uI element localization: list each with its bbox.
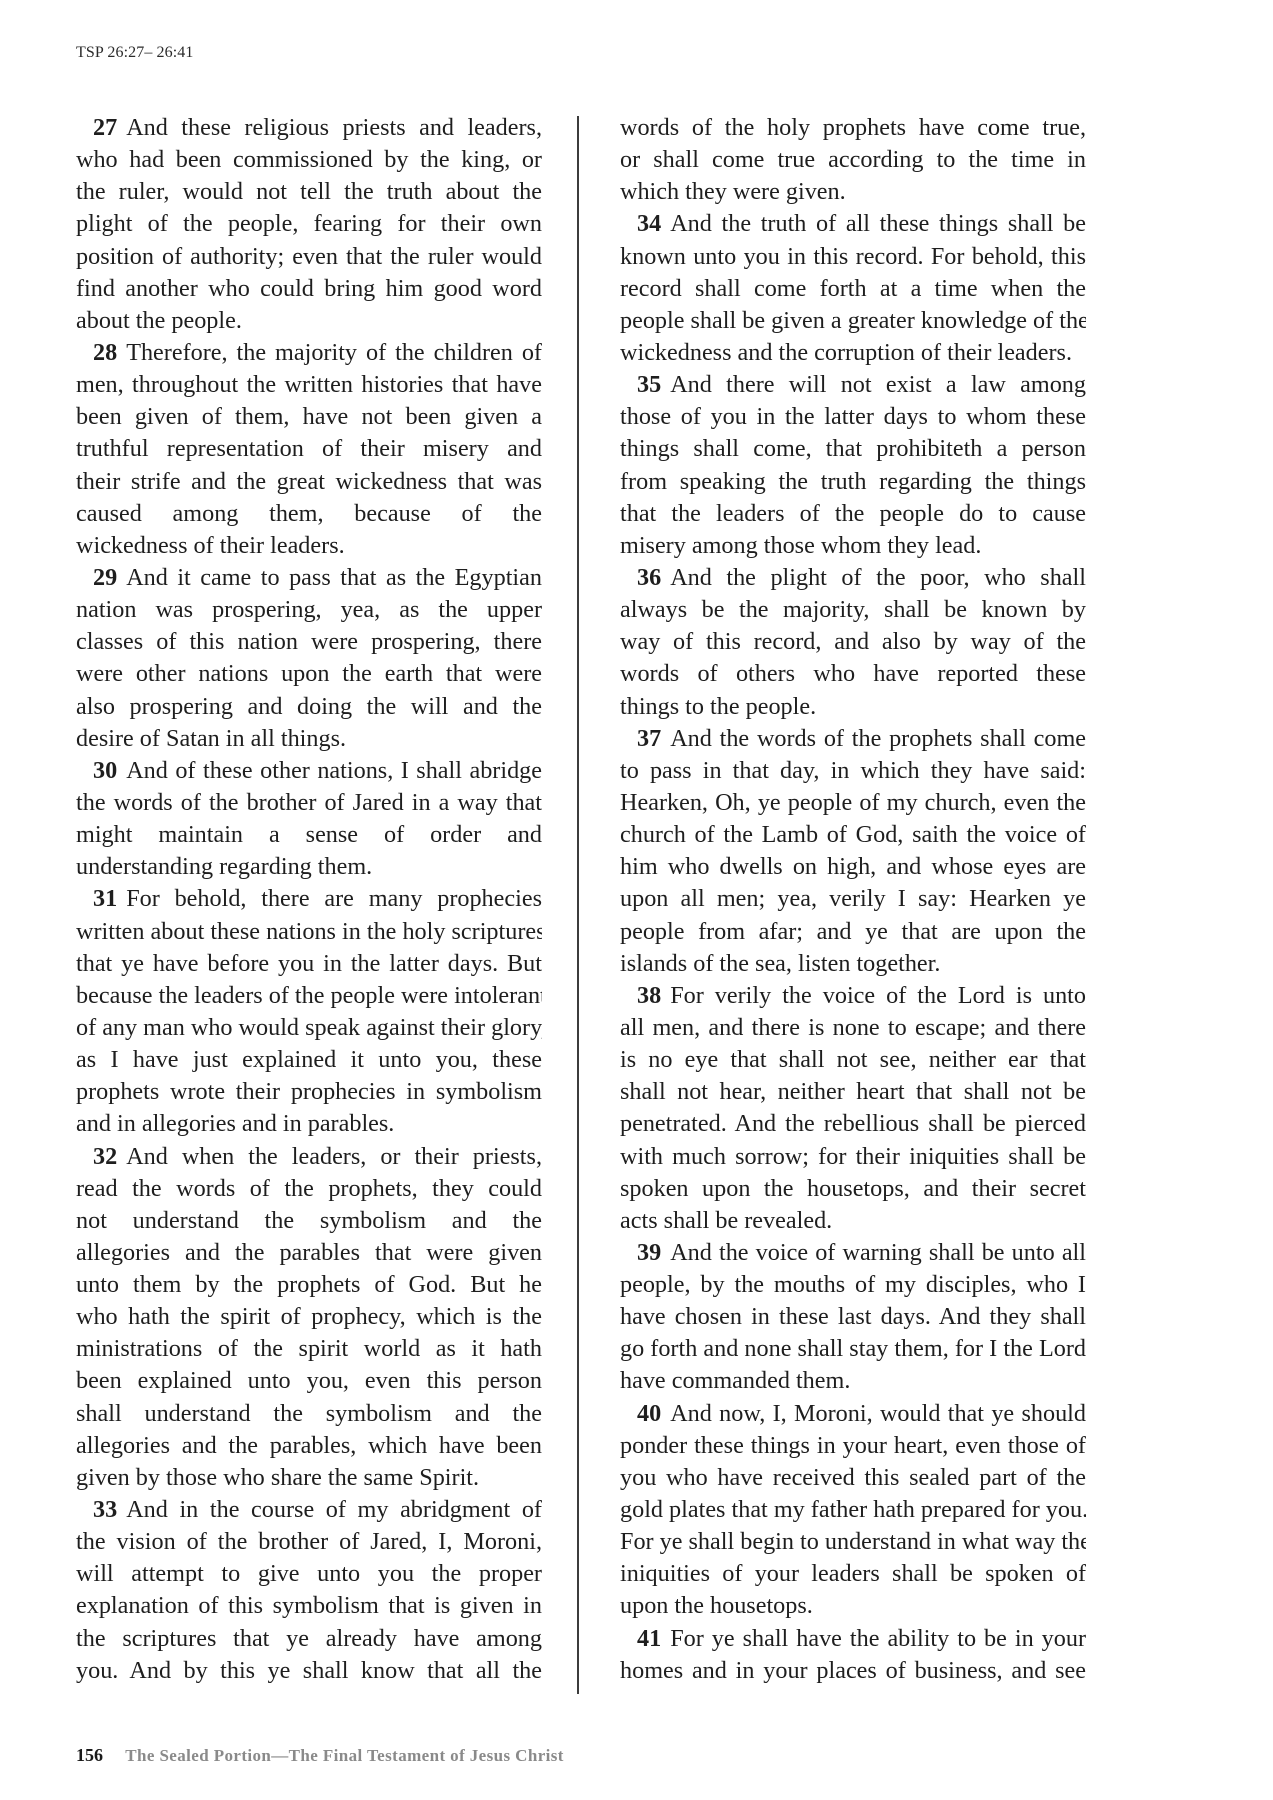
verse-number: 27 — [93, 114, 117, 141]
text-line: as I have just explained it unto you, th… — [76, 1044, 542, 1076]
text-line: that ye have before you in the latter da… — [76, 948, 542, 980]
verse-text: people, by the mouths of my disciples, w… — [620, 1271, 1086, 1298]
verse-text: is no eye that shall not see, neither ea… — [620, 1046, 1086, 1073]
text-line: misery among those whom they lead. — [620, 530, 1086, 562]
text-line: been given of them, have not been given … — [76, 401, 542, 433]
verse-text: the words of the brother of Jared in a w… — [76, 789, 542, 816]
text-line: church of the Lamb of God, saith the voi… — [620, 819, 1086, 851]
verse-text: And the voice of warning shall be unto a… — [670, 1239, 1086, 1266]
verse-text: ministrations of the spirit world as it … — [76, 1335, 542, 1362]
verse-text: And these religious priests and leaders, — [126, 114, 542, 141]
verse-text: who hath the spirit of prophecy, which i… — [76, 1303, 542, 1330]
verse-28: 28Therefore, the majority of the childre… — [76, 337, 542, 562]
verse-text: And it came to pass that as the Egyptian — [126, 564, 542, 591]
text-line: understanding regarding them. — [76, 851, 542, 883]
verse-text: given by those who share the same Spirit… — [76, 1464, 479, 1491]
verse-text: words of others who have reported these — [620, 660, 1086, 687]
verse-text: wickedness of their leaders. — [76, 532, 345, 559]
text-line: to pass in that day, in which they have … — [620, 755, 1086, 787]
verse-number: 28 — [93, 339, 117, 366]
verse-text: shall understand the symbolism and the — [76, 1400, 542, 1427]
text-line: 35And there will not exist a law among — [620, 369, 1086, 401]
verse-text: might maintain a sense of order and — [76, 821, 542, 848]
text-line: will attempt to give unto you the proper — [76, 1558, 542, 1590]
verse-text: the vision of the brother of Jared, I, M… — [76, 1528, 542, 1555]
text-line: iniquities of your leaders shall be spok… — [620, 1558, 1086, 1590]
verse-35: 35And there will not exist a law amongth… — [620, 369, 1086, 562]
text-line: position of authority; even that the rul… — [76, 241, 542, 273]
verse-text: from speaking the truth regarding the th… — [620, 468, 1086, 495]
text-line: you who have received this sealed part o… — [620, 1462, 1086, 1494]
verse-text: because the leaders of the people were i… — [76, 982, 542, 1009]
text-line: Hearken, Oh, ye people of my church, eve… — [620, 787, 1086, 819]
page-number: 156 — [76, 1745, 103, 1765]
verse-text: nation was prospering, yea, as the upper — [76, 596, 542, 623]
verse-40: 40And now, I, Moroni, would that ye shou… — [620, 1398, 1086, 1623]
verse-text: to pass in that day, in which they have … — [620, 757, 1086, 784]
verse-text: For verily the voice of the Lord is unto — [670, 982, 1086, 1009]
text-line: 32And when the leaders, or their priests… — [76, 1141, 542, 1173]
text-line: been explained unto you, even this perso… — [76, 1365, 542, 1397]
verse-number: 35 — [637, 371, 661, 398]
verse-text: allegories and the parables, which have … — [76, 1432, 542, 1459]
verse-text: the scriptures that ye already have amon… — [76, 1625, 542, 1652]
verse-39: 39And the voice of warning shall be unto… — [620, 1237, 1086, 1398]
text-line: the scriptures that ye already have amon… — [76, 1623, 542, 1655]
verse-text: record shall come forth at a time when t… — [620, 275, 1086, 302]
text-line: 28Therefore, the majority of the childre… — [76, 337, 542, 369]
text-line: who had been commissioned by the king, o… — [76, 144, 542, 176]
text-line: things shall come, that prohibiteth a pe… — [620, 433, 1086, 465]
verse-text: And the truth of all these things shall … — [670, 210, 1086, 237]
text-line: ponder these things in your heart, even … — [620, 1430, 1086, 1462]
text-line: allegories and the parables that were gi… — [76, 1237, 542, 1269]
verse-37: 37And the words of the prophets shall co… — [620, 723, 1086, 980]
verse-text: have chosen in these last days. And they… — [620, 1303, 1086, 1330]
verse-text: prophets wrote their prophecies in symbo… — [76, 1078, 542, 1105]
text-line: 31For behold, there are many prophecies — [76, 883, 542, 915]
text-line: nation was prospering, yea, as the upper — [76, 594, 542, 626]
verse-text: explanation of this symbolism that is gi… — [76, 1592, 542, 1619]
text-line: 37And the words of the prophets shall co… — [620, 723, 1086, 755]
page-footer: 156 The Sealed Portion—The Final Testame… — [76, 1745, 564, 1766]
verse-text: known unto you in this record. For behol… — [620, 243, 1086, 270]
verse-text: understanding regarding them. — [76, 853, 372, 880]
text-line: also prospering and doing the will and t… — [76, 691, 542, 723]
text-line: 41For ye shall have the ability to be in… — [620, 1623, 1086, 1655]
text-line: spoken upon the housetops, and their sec… — [620, 1173, 1086, 1205]
verse-text: who had been commissioned by the king, o… — [76, 146, 542, 173]
verse-text: things shall come, that prohibiteth a pe… — [620, 435, 1086, 462]
text-line: those of you in the latter days to whom … — [620, 401, 1086, 433]
verse-36: 36And the plight of the poor, who shalla… — [620, 562, 1086, 723]
text-line: people from afar; and ye that are upon t… — [620, 916, 1086, 948]
verse-text: plight of the people, fearing for their … — [76, 210, 542, 237]
verse-text: For ye shall have the ability to be in y… — [670, 1625, 1086, 1652]
verse-text: shall not hear, neither heart that shall… — [620, 1078, 1086, 1105]
verse-27: 27And these religious priests and leader… — [76, 112, 542, 337]
text-line: people, by the mouths of my disciples, w… — [620, 1269, 1086, 1301]
verse-text: those of you in the latter days to whom … — [620, 403, 1086, 430]
verse-text: And the words of the prophets shall come — [670, 725, 1086, 752]
text-line: read the words of the prophets, they cou… — [76, 1173, 542, 1205]
verse-number: 34 — [637, 210, 661, 237]
left-column: 27And these religious priests and leader… — [76, 112, 542, 1687]
verse-text: you who have received this sealed part o… — [620, 1464, 1086, 1491]
text-line: gold plates that my father hath prepared… — [620, 1494, 1086, 1526]
text-line: wickedness of their leaders. — [76, 530, 542, 562]
verse-text: unto them by the prophets of God. But he — [76, 1271, 542, 1298]
verse-text: also prospering and doing the will and t… — [76, 693, 542, 720]
text-line: not understand the symbolism and the — [76, 1205, 542, 1237]
verse-text: him who dwells on high, and whose eyes a… — [620, 853, 1086, 880]
running-head: TSP 26:27– 26:41 — [76, 44, 193, 62]
text-line: 38For verily the voice of the Lord is un… — [620, 980, 1086, 1012]
verse-number: 29 — [93, 564, 117, 591]
verse-number: 37 — [637, 725, 661, 752]
text-line: plight of the people, fearing for their … — [76, 208, 542, 240]
text-line: 29And it came to pass that as the Egypti… — [76, 562, 542, 594]
text-line: 39And the voice of warning shall be unto… — [620, 1237, 1086, 1269]
verse-text: go forth and none shall stay them, for I… — [620, 1335, 1086, 1362]
verse-text: and in allegories and in parables. — [76, 1110, 394, 1137]
text-line: way of this record, and also by way of t… — [620, 626, 1086, 658]
verse-continuation: words of the holy prophets have come tru… — [620, 112, 1086, 208]
verse-text: with much sorrow; for their iniquities s… — [620, 1143, 1086, 1170]
verse-text: which they were given. — [620, 178, 846, 205]
verse-text: upon all men; yea, verily I say: Hearken… — [620, 885, 1086, 912]
text-line: written about these nations in the holy … — [76, 916, 542, 948]
verse-text: caused among them, because of the — [76, 500, 542, 527]
text-line: with much sorrow; for their iniquities s… — [620, 1141, 1086, 1173]
verse-text: And when the leaders, or their priests, — [126, 1143, 542, 1170]
text-line: the vision of the brother of Jared, I, M… — [76, 1526, 542, 1558]
text-line: is no eye that shall not see, neither ea… — [620, 1044, 1086, 1076]
verse-41: 41For ye shall have the ability to be in… — [620, 1623, 1086, 1687]
right-column: words of the holy prophets have come tru… — [620, 112, 1086, 1687]
verse-32: 32And when the leaders, or their priests… — [76, 1141, 542, 1495]
verse-30: 30And of these other nations, I shall ab… — [76, 755, 542, 884]
text-line: upon the housetops. — [620, 1590, 1086, 1622]
verse-38: 38For verily the voice of the Lord is un… — [620, 980, 1086, 1237]
verse-text: And in the course of my abridgment of — [126, 1496, 542, 1523]
verse-text: wickedness and the corruption of their l… — [620, 339, 1072, 366]
text-line: which they were given. — [620, 176, 1086, 208]
verse-text: And the plight of the poor, who shall — [670, 564, 1086, 591]
text-line: ministrations of the spirit world as it … — [76, 1333, 542, 1365]
verse-text: were other nations upon the earth that w… — [76, 660, 542, 687]
verse-text: way of this record, and also by way of t… — [620, 628, 1086, 655]
verse-number: 41 — [637, 1625, 661, 1652]
text-line: wickedness and the corruption of their l… — [620, 337, 1086, 369]
text-line: shall not hear, neither heart that shall… — [620, 1076, 1086, 1108]
text-line: shall understand the symbolism and the — [76, 1398, 542, 1430]
verse-text: as I have just explained it unto you, th… — [76, 1046, 542, 1073]
verse-text: find another who could bring him good wo… — [76, 275, 542, 302]
verse-text: And now, I, Moroni, would that ye should — [670, 1400, 1086, 1427]
verse-33: 33And in the course of my abridgment oft… — [76, 1494, 542, 1687]
verse-text: Hearken, Oh, ye people of my church, eve… — [620, 789, 1086, 816]
text-line: were other nations upon the earth that w… — [76, 658, 542, 690]
text-line: 34And the truth of all these things shal… — [620, 208, 1086, 240]
text-line: allegories and the parables, which have … — [76, 1430, 542, 1462]
text-line: prophets wrote their prophecies in symbo… — [76, 1076, 542, 1108]
verse-text: not understand the symbolism and the — [76, 1207, 542, 1234]
verse-text: people shall be given a greater knowledg… — [620, 307, 1086, 334]
verse-text: or shall come true according to the time… — [620, 146, 1086, 173]
verse-31: 31For behold, there are many propheciesw… — [76, 883, 542, 1140]
verse-number: 38 — [637, 982, 661, 1009]
verse-number: 40 — [637, 1400, 661, 1427]
text-line: about the people. — [76, 305, 542, 337]
verse-text: about the people. — [76, 307, 242, 334]
verse-text: And of these other nations, I shall abri… — [126, 757, 542, 784]
verse-text: Therefore, the majority of the children … — [126, 339, 542, 366]
text-line: men, throughout the written histories th… — [76, 369, 542, 401]
verse-text: that the leaders of the people do to cau… — [620, 500, 1086, 527]
text-line: truthful representation of their misery … — [76, 433, 542, 465]
verse-text: will attempt to give unto you the proper — [76, 1560, 542, 1587]
text-line: him who dwells on high, and whose eyes a… — [620, 851, 1086, 883]
verse-number: 36 — [637, 564, 661, 591]
text-line: the words of the brother of Jared in a w… — [76, 787, 542, 819]
book-title: The Sealed Portion—The Final Testament o… — [125, 1746, 564, 1765]
verse-number: 31 — [93, 885, 117, 912]
verse-29: 29And it came to pass that as the Egypti… — [76, 562, 542, 755]
verse-text: islands of the sea, listen together. — [620, 950, 940, 977]
verse-text: ponder these things in your heart, even … — [620, 1432, 1086, 1459]
verse-text: spoken upon the housetops, and their sec… — [620, 1175, 1086, 1202]
verse-text: misery among those whom they lead. — [620, 532, 981, 559]
text-line: classes of this nation were prospering, … — [76, 626, 542, 658]
text-line: caused among them, because of the — [76, 498, 542, 530]
verse-text: church of the Lamb of God, saith the voi… — [620, 821, 1086, 848]
column-divider — [577, 116, 579, 1694]
verse-text: For behold, there are many prophecies — [126, 885, 542, 912]
verse-text: all men, and there is none to escape; an… — [620, 1014, 1086, 1041]
verse-number: 39 — [637, 1239, 661, 1266]
verse-text: have commanded them. — [620, 1367, 850, 1394]
text-line: might maintain a sense of order and — [76, 819, 542, 851]
text-line: always be the majority, shall be known b… — [620, 594, 1086, 626]
text-line: upon all men; yea, verily I say: Hearken… — [620, 883, 1086, 915]
verse-number: 33 — [93, 1496, 117, 1523]
text-line: who hath the spirit of prophecy, which i… — [76, 1301, 542, 1333]
verse-text: people from afar; and ye that are upon t… — [620, 918, 1086, 945]
text-line: penetrated. And the rebellious shall be … — [620, 1108, 1086, 1140]
verse-number: 32 — [93, 1143, 117, 1170]
text-line: For ye shall begin to understand in what… — [620, 1526, 1086, 1558]
verse-number: 30 — [93, 757, 117, 784]
text-line: the ruler, would not tell the truth abou… — [76, 176, 542, 208]
text-line: explanation of this symbolism that is gi… — [76, 1590, 542, 1622]
text-line: words of others who have reported these — [620, 658, 1086, 690]
verse-text: you. And by this ye shall know that all … — [76, 1657, 542, 1684]
text-line: things to the people. — [620, 691, 1086, 723]
text-line: have chosen in these last days. And they… — [620, 1301, 1086, 1333]
verse-text: desire of Satan in all things. — [76, 725, 346, 752]
verse-text: gold plates that my father hath prepared… — [620, 1496, 1086, 1523]
text-line: unto them by the prophets of God. But he — [76, 1269, 542, 1301]
verse-text: position of authority; even that the rul… — [76, 243, 542, 270]
verse-text: allegories and the parables that were gi… — [76, 1239, 542, 1266]
verse-text: their strife and the great wickedness th… — [76, 468, 542, 495]
verse-text: classes of this nation were prospering, … — [76, 628, 542, 655]
text-line: islands of the sea, listen together. — [620, 948, 1086, 980]
verse-text: acts shall be revealed. — [620, 1207, 832, 1234]
text-line: 36And the plight of the poor, who shall — [620, 562, 1086, 594]
text-line: of any man who would speak against their… — [76, 1012, 542, 1044]
verse-text: written about these nations in the holy … — [76, 918, 542, 945]
text-line: 27And these religious priests and leader… — [76, 112, 542, 144]
text-line: people shall be given a greater knowledg… — [620, 305, 1086, 337]
text-line: you. And by this ye shall know that all … — [76, 1655, 542, 1687]
verse-text: been given of them, have not been given … — [76, 403, 542, 430]
verse-text: things to the people. — [620, 693, 816, 720]
verse-text: of any man who would speak against their… — [76, 1014, 542, 1041]
verse-text: truthful representation of their misery … — [76, 435, 542, 462]
verse-text: homes and in your places of business, an… — [620, 1657, 1086, 1684]
verse-text: words of the holy prophets have come tru… — [620, 114, 1086, 141]
verse-text: the ruler, would not tell the truth abou… — [76, 178, 542, 205]
verse-text: iniquities of your leaders shall be spok… — [620, 1560, 1086, 1587]
text-line: their strife and the great wickedness th… — [76, 466, 542, 498]
text-line: 33And in the course of my abridgment of — [76, 1494, 542, 1526]
verse-text: And there will not exist a law among — [670, 371, 1086, 398]
text-line: have commanded them. — [620, 1365, 1086, 1397]
text-line: or shall come true according to the time… — [620, 144, 1086, 176]
verse-text: always be the majority, shall be known b… — [620, 596, 1086, 623]
verse-text: penetrated. And the rebellious shall be … — [620, 1110, 1086, 1137]
verse-text: that ye have before you in the latter da… — [76, 950, 542, 977]
text-line: 30And of these other nations, I shall ab… — [76, 755, 542, 787]
text-line: all men, and there is none to escape; an… — [620, 1012, 1086, 1044]
verse-text: men, throughout the written histories th… — [76, 371, 542, 398]
text-line: acts shall be revealed. — [620, 1205, 1086, 1237]
text-line: that the leaders of the people do to cau… — [620, 498, 1086, 530]
verse-text: upon the housetops. — [620, 1592, 813, 1619]
text-line: find another who could bring him good wo… — [76, 273, 542, 305]
text-line: record shall come forth at a time when t… — [620, 273, 1086, 305]
text-line: given by those who share the same Spirit… — [76, 1462, 542, 1494]
verse-text: been explained unto you, even this perso… — [76, 1367, 542, 1394]
verse-text: For ye shall begin to understand in what… — [620, 1528, 1086, 1555]
text-line: 40And now, I, Moroni, would that ye shou… — [620, 1398, 1086, 1430]
verse-34: 34And the truth of all these things shal… — [620, 208, 1086, 369]
text-line: known unto you in this record. For behol… — [620, 241, 1086, 273]
text-line: go forth and none shall stay them, for I… — [620, 1333, 1086, 1365]
text-line: because the leaders of the people were i… — [76, 980, 542, 1012]
text-line: from speaking the truth regarding the th… — [620, 466, 1086, 498]
text-line: homes and in your places of business, an… — [620, 1655, 1086, 1687]
text-line: words of the holy prophets have come tru… — [620, 112, 1086, 144]
verse-text: read the words of the prophets, they cou… — [76, 1175, 542, 1202]
text-line: and in allegories and in parables. — [76, 1108, 542, 1140]
text-line: desire of Satan in all things. — [76, 723, 542, 755]
